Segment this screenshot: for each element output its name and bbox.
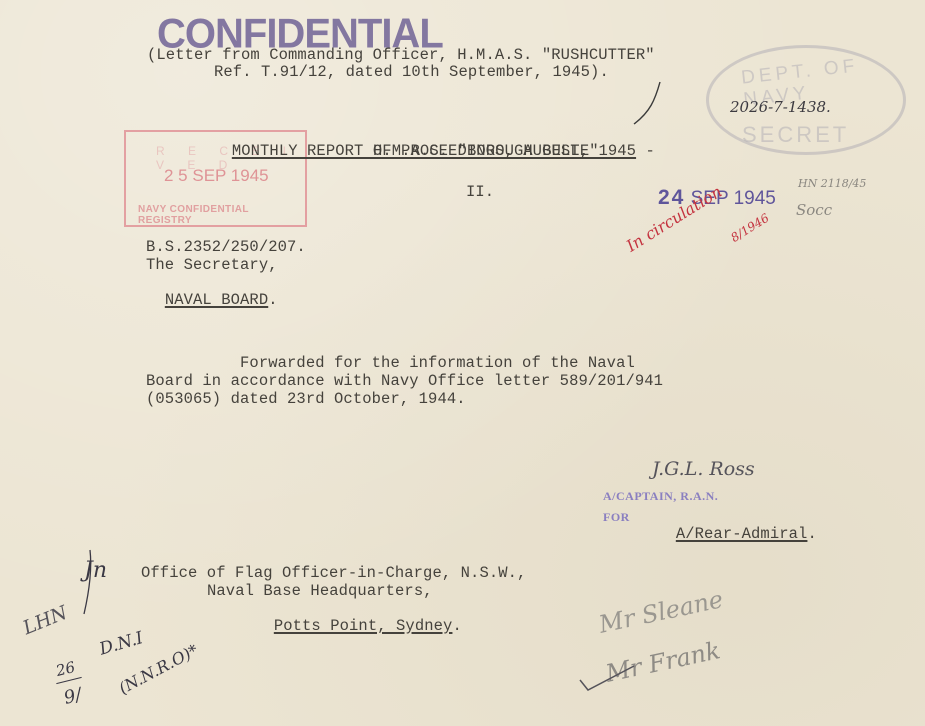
oval-stamp-bottom-text: SECRET [742, 122, 849, 148]
body-line-1: Forwarded for the information of the Nav… [146, 355, 635, 372]
handwritten-date-top: 26 [54, 658, 77, 680]
handwritten-dni: D.N.I [97, 628, 145, 659]
pencil-name-1: Mr Sleane [596, 585, 725, 639]
pen-stroke-icon [630, 80, 670, 130]
addressee-board: NAVAL BOARD [165, 291, 268, 309]
body-line-3: (053065) dated 23rd October, 1944. [146, 391, 466, 408]
subject-ship-name: H.M.A.S. "BOROUGH BELLE" [373, 143, 599, 160]
pen-stroke-icon [80, 548, 100, 618]
sender-line-3: Potts Point, Sydney. [255, 601, 462, 635]
sender-suffix: . [452, 617, 461, 635]
checkmark-icon [578, 660, 638, 700]
on-behalf-of: A/Rear-Admiral [676, 525, 808, 543]
subject-suffix: - [636, 142, 655, 160]
board-suffix: . [268, 291, 277, 309]
sender-line-2: Naval Base Headquarters, [207, 583, 433, 600]
pencil-ref-number: HN 2118/45 [798, 177, 866, 190]
red-circulation-date: 8/1946 [728, 211, 771, 245]
handwritten-signature: J.G.L. Ross [652, 458, 755, 480]
received-stamp-registry: NAVY CONFIDENTIAL REGISTRY [138, 204, 305, 226]
on-behalf-line: A/Rear-Admiral. [657, 509, 817, 543]
handwritten-file-ref: 2026-7-1438. [730, 98, 831, 116]
sender-location: Potts Point, Sydney [274, 617, 453, 635]
on-behalf-suffix: . [807, 525, 816, 543]
header-line-2: Ref. T.91/12, dated 10th September, 1945… [214, 64, 609, 81]
addressee: The Secretary, [146, 257, 278, 274]
sender-line-1: Office of Flag Officer-in-Charge, N.S.W.… [141, 565, 526, 582]
header-line-1: (Letter from Commanding Officer, H.M.A.S… [147, 47, 655, 64]
handwritten-initials-lhn: LHN [20, 602, 71, 640]
handwritten-date-bottom: 9/ [62, 684, 84, 709]
file-number: B.S.2352/250/207. [146, 239, 306, 256]
signatory-title: A/CAPTAIN, R.A.N. [603, 486, 718, 506]
for-label: FOR [603, 507, 630, 527]
addressee-board-line: NAVAL BOARD. [146, 275, 278, 309]
section-number: II. [466, 184, 494, 201]
pencil-note-socc: Socc [796, 201, 832, 219]
received-stamp-date: 2 5 SEP 1945 [164, 166, 269, 186]
body-line-2: Board in accordance with Navy Office let… [146, 373, 663, 390]
